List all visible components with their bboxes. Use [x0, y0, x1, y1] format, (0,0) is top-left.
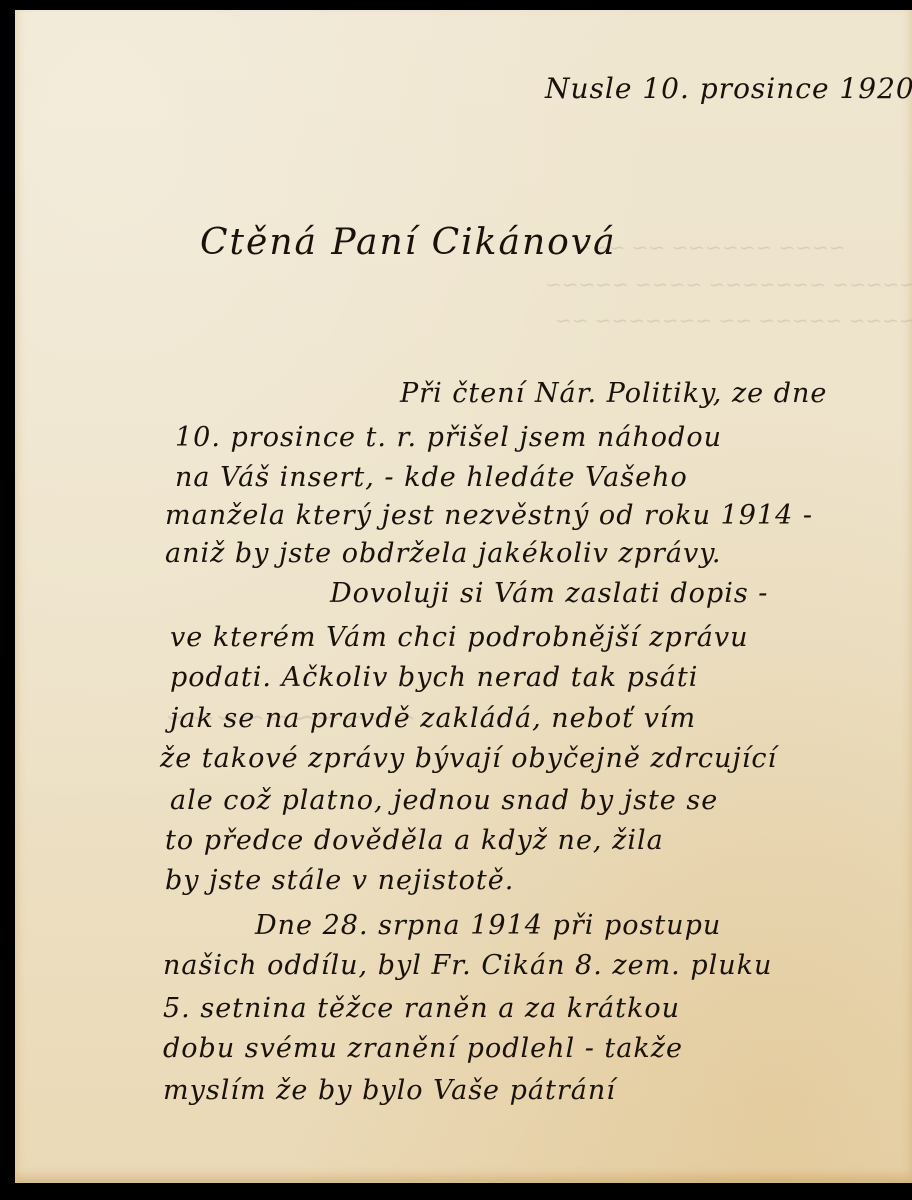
- letter-line: manžela který jest nezvěstný od roku 191…: [165, 500, 813, 531]
- letter-line: že takové zprávy bývají obyčejně zdrcují…: [160, 743, 777, 774]
- letter-line: aniž by jste obdržela jakékoliv zprávy.: [165, 538, 721, 569]
- letter-line: 5. setnina těžce raněn a za krátkou: [163, 993, 680, 1024]
- letter-line: by jste stále v nejistotě.: [165, 865, 514, 896]
- letter-line: Při čtení Nár. Politiky, ze dne: [400, 378, 827, 409]
- letter-line: 10. prosince t. r. přišel jsem náhodou: [175, 422, 722, 453]
- letter-line: jak se na pravdě zakládá, neboť vím: [170, 703, 696, 734]
- salutation: Ctěná Paní Cikánová: [200, 222, 617, 263]
- bleed-through-text: ~~~~~~ ~~~~~ ~~ ~~~~~~~ ~~: [555, 308, 912, 332]
- letter-line: ve kterém Vám chci podrobnější zprávu: [170, 622, 748, 653]
- bleed-through-text: ~~~~~~~ ~~~~~~~ ~~~~ ~~~~~: [545, 272, 912, 296]
- letter-page: ~~~~ ~~~~~~ ~~ ~~~ ~~~~~~~ ~~~~~~~ ~~~~ …: [15, 10, 912, 1183]
- place-date: Nusle 10. prosince 1920: [545, 72, 912, 105]
- letter-line: to předce dověděla a když ne, žila: [165, 825, 664, 856]
- letter-line: ale což platno, jednou snad by jste se: [170, 785, 718, 816]
- letter-line: na Váš insert, - kde hledáte Vašeho: [175, 462, 688, 493]
- letter-line: myslím že by bylo Vaše pátrání: [163, 1075, 616, 1106]
- letter-line: dobu svému zranění podlehl - takže: [163, 1033, 683, 1064]
- letter-line: našich oddílu, byl Fr. Cikán 8. zem. plu…: [163, 950, 772, 981]
- letter-line: Dovoluji si Vám zaslati dopis -: [330, 578, 768, 609]
- letter-line: podati. Ačkoliv bych nerad tak psáti: [170, 662, 698, 693]
- letter-line: Dne 28. srpna 1914 při postupu: [255, 910, 721, 941]
